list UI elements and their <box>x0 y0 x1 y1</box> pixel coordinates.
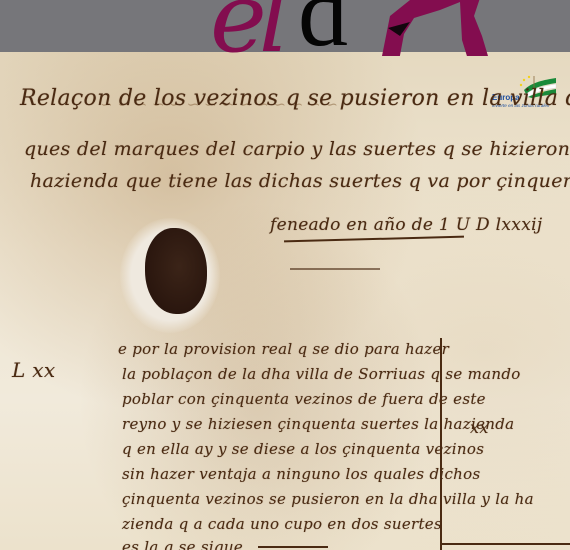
right-margin-note: xx <box>470 418 489 437</box>
body-line-4: reyno y se hiziesen çinquenta suertes la… <box>122 415 514 433</box>
logo-text-el: el <box>210 0 282 66</box>
margin-vertical-rule <box>440 338 442 550</box>
body-line-8: zienda q a cada uno cupo en dos suertes <box>122 515 442 533</box>
body-line-3: poblar con çinquenta vezinos de fuera de… <box>122 390 486 408</box>
magazine-cover: el d Europa invierte en las zonas rurale… <box>0 0 570 550</box>
body-line-5: q en ella ay y se diese a los çinquenta … <box>122 440 484 458</box>
body-line-2: la poblaçon de la dha villa de Sorriuas … <box>122 365 521 383</box>
bottom-rule <box>440 543 570 545</box>
manuscript-line-1: Relaçon de los vezinos q se pusieron en … <box>20 86 570 111</box>
margin-note: L xx <box>12 358 55 382</box>
body-line-7: çinquenta vezinos se pusieron en la dha … <box>122 490 534 508</box>
body-line-6: sin hazer ventaja a ninguno los quales d… <box>122 465 480 483</box>
logo-brush-a-icon <box>370 0 540 56</box>
body-line-1: e por la provision real q se dio para ha… <box>118 340 449 358</box>
manuscript-date-line: feneado en año de 1 U D lxxxij <box>270 215 542 235</box>
logo-text-d: d <box>298 0 344 62</box>
bottom-rule <box>258 546 328 548</box>
underline-rule <box>290 268 380 270</box>
parchment-hole-shadow <box>145 228 207 314</box>
manuscript-line-2: ques del marques del carpio y las suerte… <box>24 138 570 160</box>
manuscript-line-3: hazienda que tiene las dichas suertes q … <box>30 170 570 192</box>
body-line-9: es la q se sigue <box>122 538 243 550</box>
